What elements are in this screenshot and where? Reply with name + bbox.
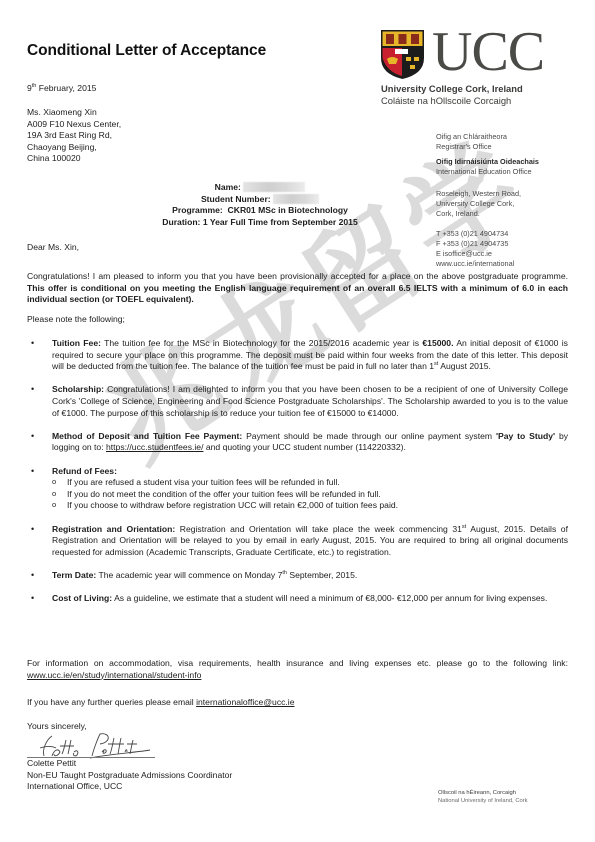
info-paragraph: For information on accommodation, visa r… [27, 658, 568, 681]
intro-paragraph: Congratulations! I am pleased to inform … [27, 271, 568, 306]
cost-of-living-item: Cost of Living: As a guideline, we estim… [27, 593, 568, 605]
website: www.ucc.ie/international [436, 259, 514, 269]
registrar-office: Oifig an Chláraitheora Registrar's Offic… [436, 132, 507, 152]
student-details: Name: Student Number: Programme: CKR01 M… [120, 182, 400, 228]
conditions-list: Tuition Fee: The tuition fee for the MSc… [27, 338, 568, 616]
international-office-email-link[interactable]: internationaloffice@ucc.ie [196, 697, 294, 707]
query-paragraph: If you have any further queries please e… [27, 697, 295, 709]
tuition-fee-item: Tuition Fee: The tuition fee for the MSc… [27, 338, 568, 373]
email: E isoffice@ucc.ie [436, 249, 514, 259]
signature [30, 730, 180, 760]
signer-office: International Office, UCC [27, 781, 232, 793]
redacted-student-number [273, 194, 319, 204]
refund-condition: If you are refused a student visa your t… [52, 477, 568, 489]
address-line: 19A 3rd East Ring Rd, [27, 130, 121, 142]
payment-method-item: Method of Deposit and Tuition Fee Paymen… [27, 431, 568, 454]
redacted-name [243, 182, 305, 192]
recipient-name: Ms. Xiaomeng Xin [27, 107, 121, 119]
ucc-wordmark: UCC [432, 24, 544, 80]
office-contact: T +353 (0)21 4904734 F +353 (0)21 490473… [436, 229, 514, 269]
address-line: China 100020 [27, 153, 121, 165]
signer-name: Colette Pettit [27, 758, 232, 770]
document-title: Conditional Letter of Acceptance [27, 42, 266, 60]
letter-date: 9th February, 2015 [27, 83, 96, 95]
university-crest-icon [379, 28, 426, 80]
refund-condition: If you do not meet the condition of the … [52, 489, 568, 501]
refund-item: Refund of Fees: If you are refused a stu… [27, 466, 568, 512]
scholarship-item: Scholarship: Congratulations! I am delig… [27, 384, 568, 419]
note-heading: Please note the following; [27, 314, 125, 326]
registration-item: Registration and Orientation: Registrati… [27, 524, 568, 559]
letter-page: 兆龙留学 Conditional Letter of Acceptance 9t… [0, 0, 595, 842]
term-date-item: Term Date: The academic year will commen… [27, 570, 568, 582]
phone: T +353 (0)21 4904734 [436, 229, 514, 239]
signer-block: Colette Pettit Non-EU Taught Postgraduat… [27, 758, 232, 793]
signer-title: Non-EU Taught Postgraduate Admissions Co… [27, 770, 232, 782]
salutation: Dear Ms. Xin, [27, 242, 79, 254]
footer: Ollscoil na hÉireann, Corcaigh National … [438, 789, 528, 805]
university-name: University College Cork, Ireland [381, 83, 523, 94]
address-line: A009 F10 Nexus Center, [27, 119, 121, 131]
student-info-link[interactable]: www.ucc.ie/en/study/international/studen… [27, 670, 201, 680]
recipient-address: Ms. Xiaomeng Xin A009 F10 Nexus Center, … [27, 107, 121, 165]
studentfees-link[interactable]: https://ucc.studentfees.ie/ [106, 442, 203, 452]
address-line: Chaoyang Beijing, [27, 142, 121, 154]
office-address: Roseleigh, Western Road, University Coll… [436, 189, 521, 219]
international-office: Oifig Idirnáisiúnta Oideachais Internati… [436, 157, 539, 177]
fax: F +353 (0)21 4904735 [436, 239, 514, 249]
university-name-irish: Coláiste na hOllscoile Corcaigh [381, 95, 511, 106]
refund-condition: If you choose to withdraw before registr… [52, 500, 568, 512]
